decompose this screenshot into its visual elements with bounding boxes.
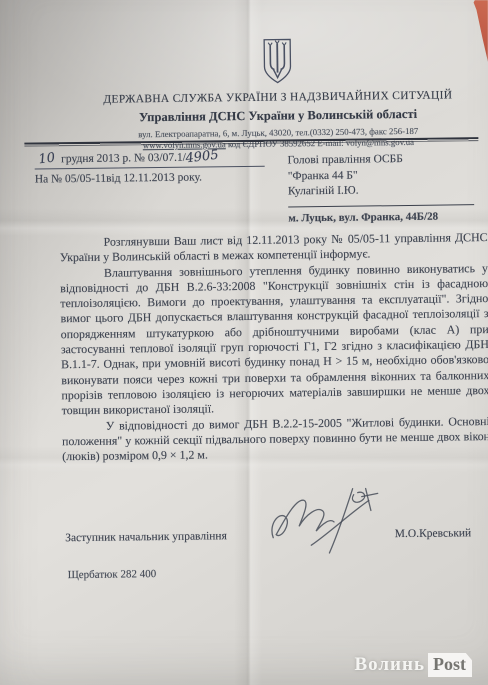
recipient-name: Кулагіній І.Ю. xyxy=(288,182,474,200)
handwritten-signature-icon xyxy=(265,482,386,565)
incoming-reference-line: На № 05/05-11від 12.11.2013 року. xyxy=(35,171,265,186)
body-paragraph-2: Влаштування зовнішнього утеплення будинк… xyxy=(60,261,488,419)
reference-block: 10грудня 2013 р. № 03/07.1/4905 На № 05/… xyxy=(34,149,264,186)
watermark-post: Post xyxy=(428,653,472,677)
letter-document: ДЕРЖАВНА СЛУЖБА УКРАЇНИ З НАДЗВИЧАЙНИХ С… xyxy=(0,0,488,685)
handwritten-day: 10 xyxy=(38,150,56,167)
ukraine-trident-emblem xyxy=(260,37,295,85)
number-printed: 03/07.1/ xyxy=(148,152,186,164)
recipient-address: м. Луцьк, вул. Франка, 44Б/28 xyxy=(288,204,474,227)
letter-body: Розглянувши Ваш лист від 12.11.2013 року… xyxy=(60,230,488,465)
watermark-volyn: Волинь xyxy=(354,654,425,676)
letterhead: ДЕРЖАВНА СЛУЖБА УКРАЇНИ З НАДЗВИЧАЙНИХ С… xyxy=(85,35,470,151)
body-paragraph-3: У відповідності до вимог ДБН В.2.2-15-20… xyxy=(62,414,488,465)
watermark: ВолиньPost xyxy=(354,653,472,677)
recipient-block: Голові правління ОСББ "Франка 44 Б" Кула… xyxy=(288,151,475,226)
date-printed: грудня 2013 р. № xyxy=(61,152,145,165)
outgoing-date-number-line: 10грудня 2013 р. № 03/07.1/4905 xyxy=(34,149,264,170)
photographed-letter: ДЕРЖАВНА СЛУЖБА УКРАЇНИ З НАДЗВИЧАЙНИХ С… xyxy=(0,0,488,685)
handwritten-number: 4905 xyxy=(185,148,220,167)
department-name: Управління ДСНС України у Волинській обл… xyxy=(86,106,470,126)
signer-name: М.О.Кревський xyxy=(395,527,472,540)
executor-line: Щербатюк 282 400 xyxy=(68,568,157,581)
agency-name: ДЕРЖАВНА СЛУЖБА УКРАЇНИ З НАДЗВИЧАЙНИХ С… xyxy=(86,89,470,106)
signer-position: Заступник начальник управління xyxy=(65,530,227,544)
